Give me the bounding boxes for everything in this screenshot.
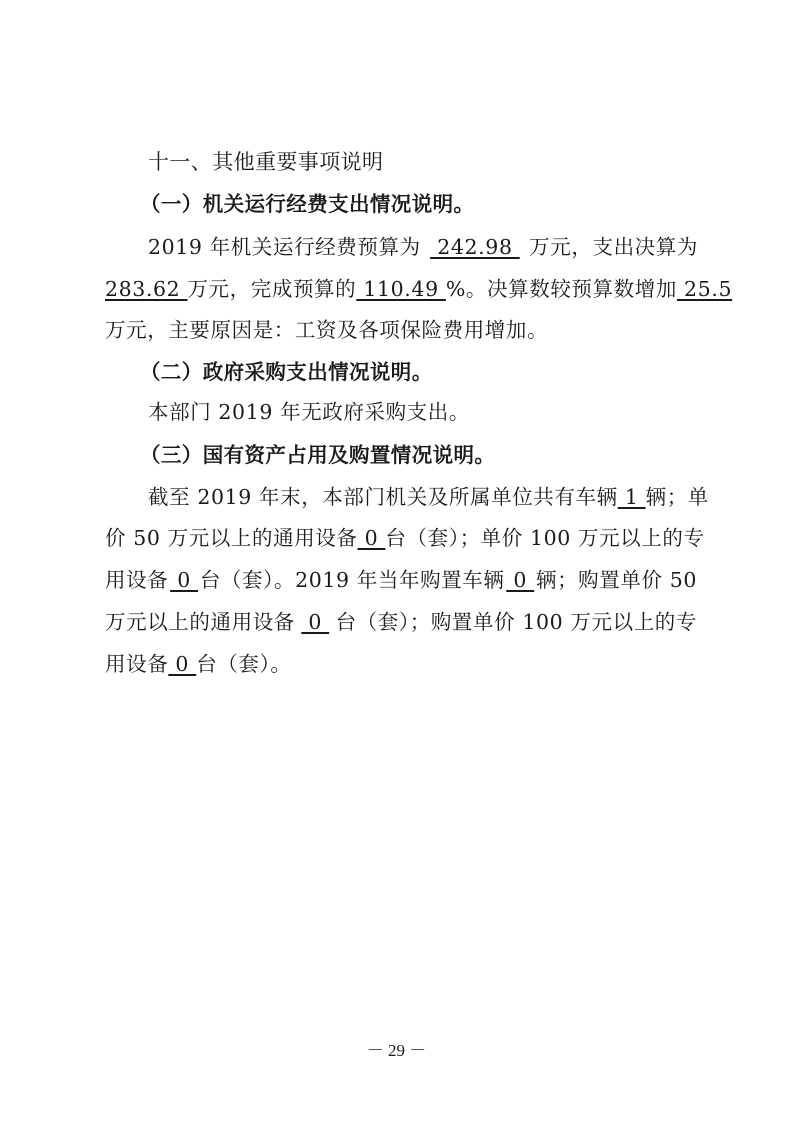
subsection-heading-2: （二）政府采购支出情况说明。 [140, 358, 732, 386]
paragraph-line: 用设备 0 台（套）。 [105, 650, 697, 678]
document-page: 十一、其他重要事项说明 （一）机关运行经费支出情况说明。 2019 年机关运行经… [0, 0, 793, 1122]
text-segment: 台（套）。 [196, 652, 291, 676]
text-segment: 2019 年机关运行经费预算为 [148, 233, 421, 261]
text-segment: 用设备 [105, 652, 168, 676]
text-segment: 万元以上的通用设备 [105, 608, 295, 636]
text-segment: 台（套）。2019 年当年购置车辆 [200, 566, 505, 594]
paragraph-line: 2019 年机关运行经费预算为 242.98 万元，支出决算为 [148, 233, 698, 261]
paragraph-line: 万元以上的通用设备 0 台（套）；购置单价 100 万元以上的专 [105, 608, 697, 636]
text-segment: 用设备 [105, 566, 168, 594]
text-segment: 万元，完成预算的 [187, 275, 356, 303]
page-number: － 29 － [0, 1036, 793, 1061]
text-segment: 台（套）；购置单价 100 万元以上的专 [336, 608, 697, 636]
paragraph-line: 本部门 2019 年无政府采购支出。 [148, 398, 698, 426]
general-equipment-value: 0 [358, 524, 386, 552]
text-segment: 辆；单 [646, 483, 709, 511]
subsection-heading-3: （三）国有资产占用及购置情况说明。 [140, 441, 732, 469]
special-equipment-value: 0 [170, 566, 198, 594]
text-segment: 辆；购置单价 50 [536, 566, 697, 594]
text-segment: 台（套）；单价 100 万元以上的专 [385, 524, 704, 552]
section-title: 十一、其他重要事项说明 [148, 148, 740, 176]
vehicles-total-value: 1 [618, 483, 646, 511]
budget-value: 242.98 [430, 233, 520, 261]
text-segment: 万元，支出决算为 [529, 233, 698, 261]
purchased-general-equipment-value: 0 [301, 608, 329, 636]
paragraph-line: 截至 2019 年末，本部门机关及所属单位共有车辆 1 辆；单 [148, 483, 698, 511]
increase-value: 25.5 [677, 275, 732, 303]
purchased-special-equipment-value: 0 [168, 652, 196, 676]
paragraph-line: 万元，主要原因是：工资及各项保险费用增加。 [105, 316, 697, 344]
paragraph-line: 价 50 万元以上的通用设备 0 台（套）；单价 100 万元以上的专 [105, 524, 697, 552]
text-segment: 价 50 万元以上的通用设备 [105, 524, 358, 552]
paragraph-line: 283.62 万元，完成预算的 110.49 %。决算数较预算数增加 25.5 [105, 275, 697, 303]
vehicles-purchased-value: 0 [506, 566, 534, 594]
text-segment: %。决算数较预算数增加 [446, 275, 677, 303]
completion-percent-value: 110.49 [356, 275, 446, 303]
text-segment: 截至 2019 年末，本部门机关及所属单位共有车辆 [148, 483, 618, 511]
actual-value: 283.62 [105, 275, 187, 303]
paragraph-line: 用设备 0 台（套）。2019 年当年购置车辆 0 辆；购置单价 50 [105, 566, 697, 594]
subsection-heading-1: （一）机关运行经费支出情况说明。 [140, 190, 732, 218]
